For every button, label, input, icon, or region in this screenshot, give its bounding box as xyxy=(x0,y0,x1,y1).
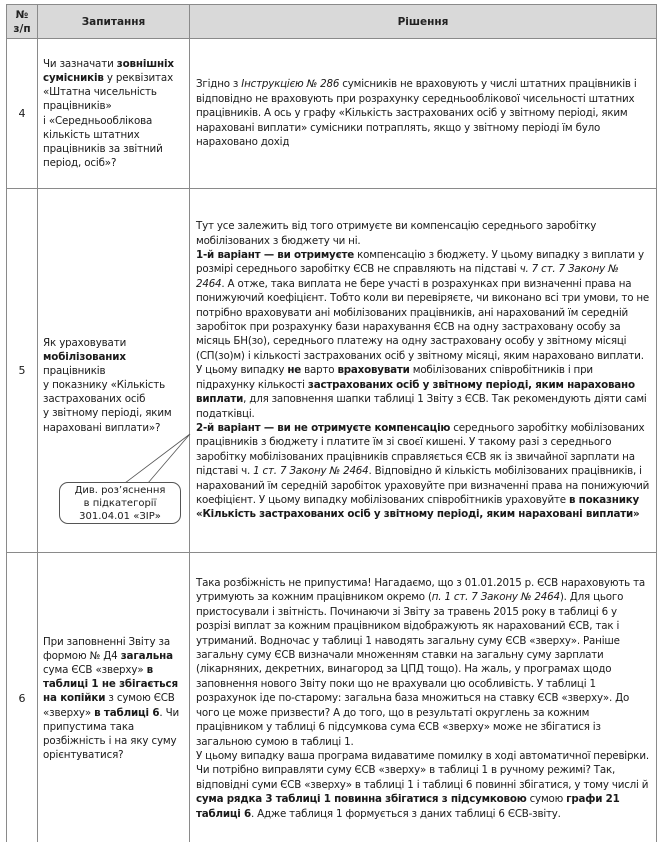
callout-line: 301.04.01 «ЗІР» xyxy=(60,510,180,523)
header-answer: Рішення xyxy=(190,5,657,39)
answer-cell: Згідно з Інструкцією № 286 сумісників не… xyxy=(190,39,657,189)
table-header-row: №з/п Запитання Рішення xyxy=(7,5,657,39)
question-text: Як ураховувати мобілізованих працівників… xyxy=(43,336,185,435)
row-number: 4 xyxy=(7,39,38,189)
table-row: 6 При заповненні Звіту за формою № Д4 за… xyxy=(7,553,657,842)
header-number-line1: № xyxy=(16,9,29,21)
reference-callout: Див. роз’яснення в підкатегорії 301.04.0… xyxy=(59,482,181,524)
callout-line: в підкатегорії xyxy=(60,497,180,510)
callout-line: Див. роз’яснення xyxy=(60,484,180,497)
table-row: 4 Чи зазначати зовнішніх сумісників у ре… xyxy=(7,39,657,189)
row-number: 5 xyxy=(7,189,38,553)
qa-table: №з/п Запитання Рішення 4 Чи зазначати зо… xyxy=(6,4,657,842)
question-cell: Чи зазначати зовнішніх сумісників у рекв… xyxy=(38,39,190,189)
question-cell: При заповненні Звіту за формою № Д4 зага… xyxy=(38,553,190,842)
header-number-line2: з/п xyxy=(13,23,30,35)
row-number: 6 xyxy=(7,553,38,842)
answer-cell: Така розбіжність не припустима! Нагадаєм… xyxy=(190,553,657,842)
header-number: №з/п xyxy=(7,5,38,39)
answer-cell: Тут усе залежить від того отримуєте ви к… xyxy=(190,189,657,553)
header-question: Запитання xyxy=(38,5,190,39)
